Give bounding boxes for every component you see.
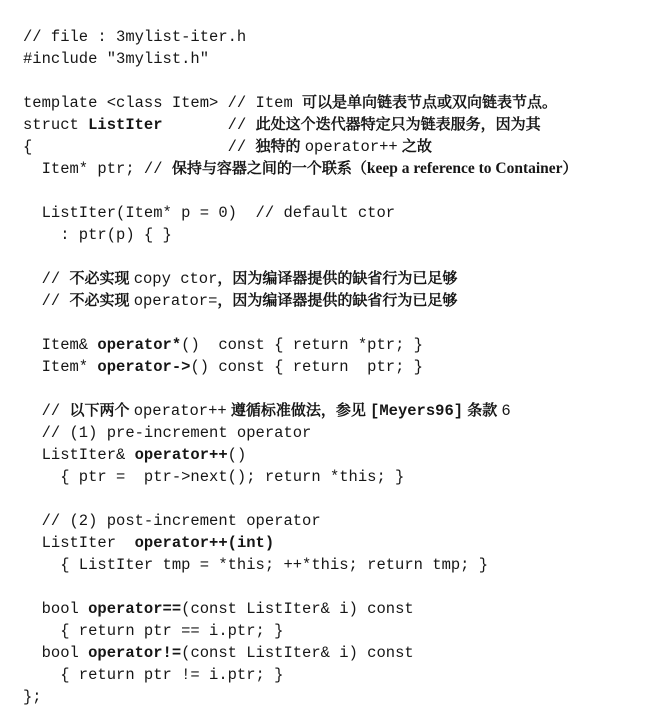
code-line: { ptr = ptr->next(); return *this; } [23,466,578,488]
code-segment: 不必实现 [70,270,134,287]
code-segment: operator++ [134,402,227,420]
code-segment: 可以是单向链表节点或双向链表节点。 [302,94,557,111]
code-segment: operator!= [88,644,181,662]
code-line: #include "3mylist.h" [23,48,578,70]
code-segment: [Meyers96] [370,402,463,420]
code-line [23,576,578,598]
code-segment: ，因为编译器提供的缺省行为已足够 [217,270,457,287]
code-segment: ListIter [88,116,162,134]
code-segment: { return ptr != i.ptr; } [23,666,283,684]
code-line: // (1) pre-increment operator [23,422,578,444]
code-line [23,378,578,400]
code-segment: struct [23,116,88,134]
code-segment: (const ListIter& i) const [181,600,414,618]
code-line: struct ListIter // 此处这个迭代器特定只为链表服务，因为其 [23,114,578,136]
code-segment: operator++ [135,446,228,464]
code-segment: operator* [97,336,181,354]
code-segment: : ptr(p) { } [23,226,172,244]
code-line: bool operator!=(const ListIter& i) const [23,642,578,664]
code-line: ListIter& operator++() [23,444,578,466]
code-line: // 不必实现 copy ctor，因为编译器提供的缺省行为已足够 [23,268,578,290]
code-segment: 独特的 [256,138,305,155]
code-line: // file : 3mylist-iter.h [23,26,578,48]
code-line [23,488,578,510]
code-segment: operator= [134,292,218,310]
code-segment: template <class Item> // Item [23,94,302,112]
code-segment: Item& [23,336,97,354]
code-line: Item* ptr; // 保持与容器之间的一个联系（keep a refere… [23,158,578,180]
code-segment: // (2) post-increment operator [23,512,321,530]
code-segment: operator++ [305,138,398,156]
code-segment: copy ctor [134,270,218,288]
code-segment: bool [23,644,88,662]
code-line: { // 独特的 operator++ 之故 [23,136,578,158]
code-line: ListIter operator++(int) [23,532,578,554]
code-segment: 条款 [463,402,501,419]
code-line: { ListIter tmp = *this; ++*this; return … [23,554,578,576]
code-segment: 保持与容器之间的一个联系（ [172,160,367,177]
code-segment: ListIter(Item* p = 0) // default ctor [23,204,395,222]
code-segment: // [163,116,256,134]
code-segment: operator-> [97,358,190,376]
book-page: // file : 3mylist-iter.h#include "3mylis… [0,0,672,716]
code-segment: #include "3mylist.h" [23,50,209,68]
code-segment: () [228,446,247,464]
code-line: ListIter(Item* p = 0) // default ctor [23,202,578,224]
code-line: // 以下两个 operator++ 遵循标准做法，参见 [Meyers96] … [23,400,578,422]
code-line: Item* operator->() const { return ptr; } [23,356,578,378]
code-segment: 不必实现 [70,292,134,309]
code-segment: 此处这个迭代器特定只为链表服务，因为其 [256,116,541,133]
code-segment: { ListIter tmp = *this; ++*this; return … [23,556,488,574]
code-segment: operator++(int) [135,534,275,552]
code-segment: ListIter [23,534,135,552]
code-line [23,70,578,92]
code-segment: { return ptr == i.ptr; } [23,622,283,640]
code-line [23,246,578,268]
code-segment: { ptr = ptr->next(); return *this; } [23,468,404,486]
code-line [23,312,578,334]
code-segment: { // [23,138,256,156]
code-segment: keep a reference to Container [367,160,563,177]
code-segment: Item* ptr; // [23,160,172,178]
code-segment: Item* [23,358,97,376]
code-line: // 不必实现 operator=，因为编译器提供的缺省行为已足够 [23,290,578,312]
code-line: // (2) post-increment operator [23,510,578,532]
code-segment: 6 [501,402,510,420]
code-line: }; [23,686,578,708]
code-line: bool operator==(const ListIter& i) const [23,598,578,620]
code-segment: // [23,292,70,310]
code-line: Item& operator*() const { return *ptr; } [23,334,578,356]
code-segment: () const { return ptr; } [190,358,423,376]
code-segment: (const ListIter& i) const [181,644,414,662]
code-listing: // file : 3mylist-iter.h#include "3mylis… [23,26,578,708]
code-segment: // [23,402,70,420]
code-segment: ListIter& [23,446,135,464]
code-segment: bool [23,600,88,618]
code-segment: () const { return *ptr; } [181,336,423,354]
code-segment: ） [563,160,578,177]
code-segment: ，因为编译器提供的缺省行为已足够 [217,292,457,309]
code-segment: // [23,270,70,288]
code-segment: }; [23,688,42,706]
code-segment: operator== [88,600,181,618]
code-line: : ptr(p) { } [23,224,578,246]
code-segment: 遵循标准做法，参见 [227,402,370,419]
code-segment: // file : 3mylist-iter.h [23,28,246,46]
code-line: { return ptr == i.ptr; } [23,620,578,642]
code-line: template <class Item> // Item 可以是单向链表节点或… [23,92,578,114]
code-segment: // (1) pre-increment operator [23,424,311,442]
code-segment: 之故 [398,138,432,155]
code-segment: 以下两个 [70,402,134,419]
code-line: { return ptr != i.ptr; } [23,664,578,686]
code-line [23,180,578,202]
